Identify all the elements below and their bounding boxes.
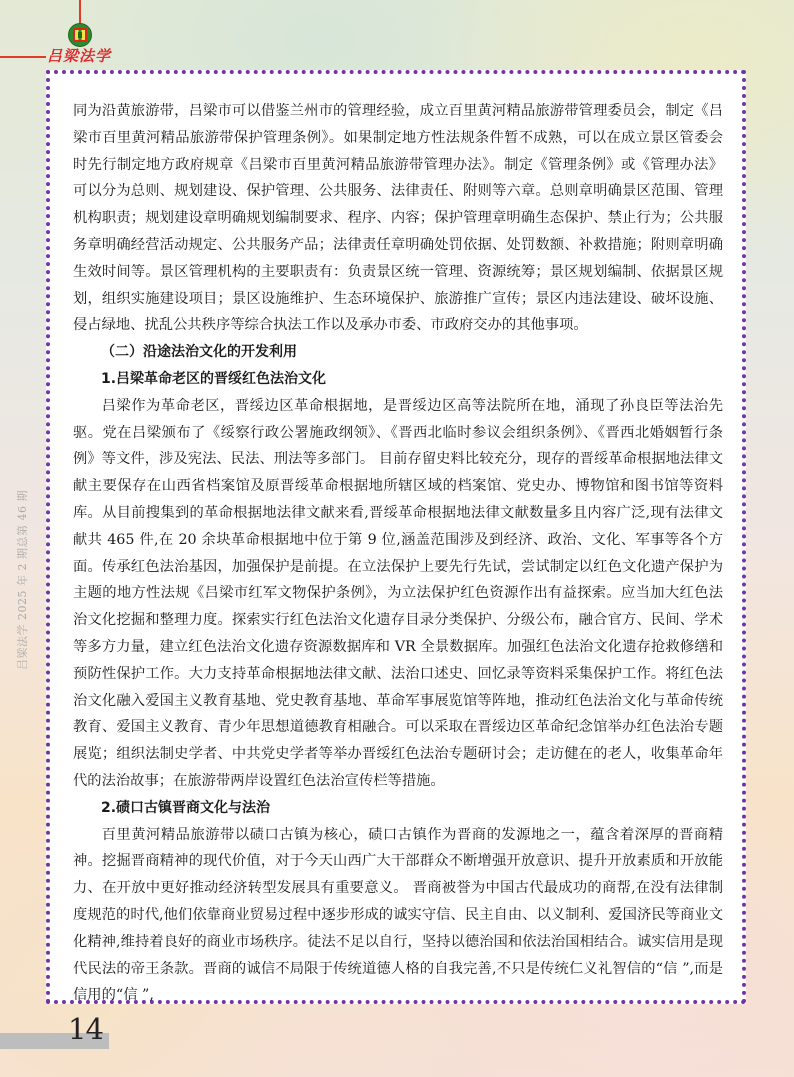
issue-side-label: 吕梁法学 2025 年 2 期总第 46 期 — [14, 490, 30, 670]
paragraph: 吕梁作为革命老区，晋绥边区革命根据地，是晋绥边区高等法院所在地，涌现了孙良臣等法… — [73, 393, 723, 795]
paragraph: 百里黄河精品旅游带以碛口古镇为核心，碛口古镇作为晋商的发源地之一，蕴含着深厚的晋… — [73, 822, 723, 1010]
header-rule-vertical — [79, 0, 81, 24]
header-rule-horizontal — [0, 56, 46, 58]
page-number: 14 — [68, 1012, 103, 1046]
paragraph: 同为沿黄旅游带，吕梁市可以借鉴兰州市的管理经验，成立百里黄河精品旅游带管理委员会… — [73, 98, 723, 339]
article-body: 同为沿黄旅游带，吕梁市可以借鉴兰州市的管理经验，成立百里黄河精品旅游带管理委员会… — [73, 98, 723, 1009]
section-heading: （二）沿途法治文化的开发利用 — [73, 339, 723, 366]
journal-emblem-icon — [68, 23, 92, 47]
subsection-heading: 1.吕梁革命老区的晋绥红色法治文化 — [73, 366, 723, 393]
subsection-heading: 2.碛口古镇晋商文化与法治 — [73, 795, 723, 822]
journal-brand: 吕梁法学 — [47, 45, 111, 66]
